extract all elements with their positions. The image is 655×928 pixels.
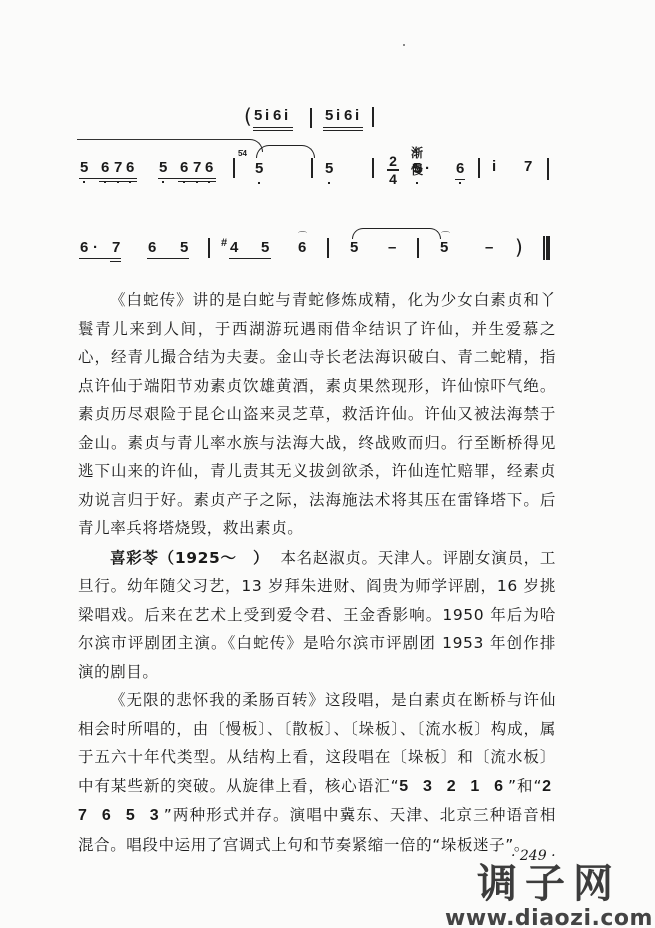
analysis-paragraph: 《无限的悲怀我的柔肠百转》这段唱，是白素贞在断桥与许仙相会时所唱的，由〔慢板〕、… (78, 686, 556, 859)
synopsis-paragraph: 《白蛇传》讲的是白蛇与青蛇修炼成精，化为少女白素贞和丫鬟青儿来到人间，于西湖游玩… (78, 286, 556, 543)
beam (229, 258, 271, 259)
beam (147, 258, 189, 259)
beam (79, 178, 137, 179)
note-low: 6 (180, 160, 188, 176)
beam (99, 181, 137, 182)
final-barline-thin (543, 236, 545, 260)
note: 4 (230, 240, 238, 256)
time-signature: 2 4 (387, 154, 399, 186)
performer-paragraph: 喜彩苓（1925～ ） 本名赵淑贞。天津人。评剧女演员，工旦行。幼年随父习艺，1… (78, 544, 556, 687)
dot: · (425, 161, 430, 177)
note-low: 5 (159, 160, 167, 176)
note: 6 (80, 240, 88, 256)
note-high: i (265, 108, 269, 124)
note-low: 5 (255, 161, 263, 177)
performer-dates: （1925～ ） (159, 549, 270, 567)
note: 5 (254, 108, 262, 124)
sharp-sign: # (221, 237, 227, 249)
beam (455, 179, 465, 180)
barline (372, 158, 374, 178)
beam (110, 261, 121, 262)
barline (310, 108, 312, 128)
note-low: 6 (126, 160, 134, 176)
barline (372, 107, 374, 127)
note: 6 (344, 108, 352, 124)
slur (256, 145, 315, 158)
grace-notes: 5̇4 (238, 149, 247, 158)
note-high: i (336, 108, 340, 124)
note-low: 5 (413, 161, 421, 177)
beam (178, 181, 216, 182)
note: 5 (261, 240, 269, 256)
note-low: 5 (80, 160, 88, 176)
barline (327, 238, 329, 258)
watermark-url: www.diaozi.com (445, 906, 653, 928)
note-low: 7 (193, 160, 201, 176)
barline (311, 158, 313, 178)
note: 6 (273, 108, 281, 124)
open-paren: ( (244, 104, 252, 128)
motif-1: 5 3 2 1 6 (399, 778, 508, 795)
note-low: 6 (456, 161, 464, 177)
note: 6 (298, 240, 306, 256)
scan-speck (403, 44, 405, 46)
note-high: i (355, 108, 359, 124)
long-tie (77, 139, 247, 140)
dot: · (93, 240, 98, 256)
dash: – (388, 240, 396, 256)
note-high: i (284, 108, 288, 124)
barline (208, 238, 210, 258)
note-low: 6 (101, 160, 109, 176)
beam (253, 127, 293, 128)
barline (547, 158, 549, 180)
beam (158, 178, 216, 179)
note: 7 (524, 159, 532, 175)
beam (253, 130, 293, 131)
performer-name: 喜彩苓 (110, 549, 159, 567)
note: 6 (148, 240, 156, 256)
close-paren: ) (515, 235, 523, 259)
beam (323, 130, 363, 131)
barline (417, 238, 419, 258)
note: 5 (180, 240, 188, 256)
beam (79, 258, 121, 259)
slur (352, 228, 441, 239)
body-text: 《白蛇传》讲的是白蛇与青蛇修炼成精，化为少女白素贞和丫鬟青儿来到人间，于西湖游玩… (78, 286, 556, 859)
performer-bio: 本名赵淑贞。天津人。评剧女演员，工旦行。幼年随父习艺，13 岁拜朱进财、阎贵为师… (78, 549, 556, 681)
dash: – (485, 240, 493, 256)
note: 5 (325, 108, 333, 124)
watermark-site-name: 调子网 (445, 862, 653, 906)
note: 5 (440, 240, 448, 256)
note-high: i (492, 159, 496, 175)
barline (233, 158, 235, 178)
barline (478, 158, 480, 178)
note-low: 5 (325, 161, 333, 177)
note-low: 6 (205, 160, 213, 176)
note-low: 7 (114, 160, 122, 176)
note: 7 (112, 240, 120, 256)
note: 5 (350, 240, 358, 256)
final-barline-thick (546, 236, 550, 260)
site-watermark: 调子网 www.diaozi.com (445, 848, 653, 928)
beam (323, 127, 363, 128)
